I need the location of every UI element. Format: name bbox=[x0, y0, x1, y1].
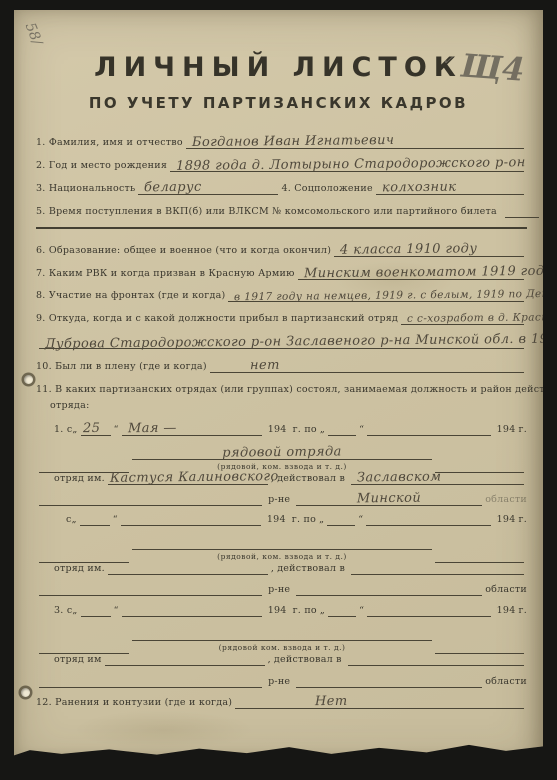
quote-close: “ bbox=[358, 514, 363, 526]
entry1-prefix: 1. с bbox=[54, 424, 72, 436]
quote-open: „ bbox=[72, 514, 77, 526]
scanned-document: 58/ ЛИЧНЫЙ ЛИСТОК ПО УЧЕТУ ПАРТИЗАНСКИХ … bbox=[0, 0, 557, 780]
quote-close: “ bbox=[114, 424, 119, 436]
field-wounds-line: Нет bbox=[235, 696, 524, 709]
oblasti-label: области bbox=[485, 494, 527, 506]
field-nationality-social: 3. Национальность беларус 4. Соцположени… bbox=[36, 182, 527, 195]
entry2-role-line bbox=[132, 537, 432, 550]
entry2-month2-line bbox=[366, 513, 490, 526]
field-birth-line: 1898 года д. Лотырыно Стародорожского р-… bbox=[170, 159, 524, 172]
quote-open: „ bbox=[72, 605, 77, 617]
g-po: г. по bbox=[292, 514, 316, 526]
field-social-value: колхозник bbox=[382, 182, 457, 195]
field-education-value: 4 класса 1910 году bbox=[340, 243, 477, 256]
year-stub: 194 bbox=[497, 514, 516, 526]
stain bbox=[74, 710, 254, 750]
entry1-date-row: 1. с „ 25 “ Мая — 194 г. по „ “ 194 г. bbox=[54, 423, 527, 436]
quote-close: “ bbox=[359, 605, 364, 617]
field-fronts: 8. Участие на фронтах (где и когда) в 19… bbox=[36, 289, 527, 302]
field-surname-value: Богданов Иван Игнатьевич bbox=[192, 135, 394, 149]
field-surname: 1. Фамилия, имя и отчество Богданов Иван… bbox=[36, 136, 527, 149]
field-birth-value: 1898 года д. Лотырыно Стародорожского р-… bbox=[176, 157, 526, 173]
field-rvk-line: Минским военкоматом 1919 году bbox=[298, 267, 524, 280]
quote-close: “ bbox=[113, 514, 118, 526]
entry1-district-value: Минской bbox=[357, 493, 421, 506]
entry2-role-center: (рядовой, ком. взвода и т. д.) bbox=[132, 537, 432, 563]
field-detachments-heading: 11. В каких партизанских отрядах (или гр… bbox=[36, 384, 527, 396]
entry1-role-row: рядовой отряда (рядовой, ком. взвода и т… bbox=[36, 447, 527, 473]
entry2-month-line bbox=[121, 513, 261, 526]
entry1-day: 25 bbox=[83, 423, 100, 435]
entry1-region-value: Заславском bbox=[357, 472, 441, 485]
entry2-day-line bbox=[80, 513, 110, 526]
comma: , bbox=[268, 654, 271, 666]
entry3-role-row: (рядовой ком. взвода и т. д.) bbox=[36, 628, 527, 654]
oblasti-label: области bbox=[485, 584, 527, 596]
quote-close: “ bbox=[114, 605, 119, 617]
field-captivity: 10. Был ли в плену (где и когда) нет bbox=[36, 360, 527, 373]
field-nationality-label: 3. Национальность bbox=[36, 183, 135, 195]
entry2-role-row: (рядовой, ком. взвода и т. д.) bbox=[36, 537, 527, 563]
entry1-month: Мая — bbox=[128, 423, 177, 436]
field-party: 5. Время поступления в ВКП(б) или ВЛКСМ … bbox=[36, 205, 527, 218]
g: г. bbox=[519, 424, 528, 436]
deystvoval-label: действовал в bbox=[277, 473, 345, 485]
field-detachments-label1: 11. В каких партизанских отрядах (или гр… bbox=[36, 384, 557, 396]
entry1-region-line: Заславском bbox=[351, 472, 524, 485]
corner-pencil-mark: 58/ bbox=[22, 21, 45, 48]
field-party-label: 5. Время поступления в ВКП(б) или ВЛКСМ … bbox=[36, 206, 497, 218]
otryad-im-label: отряд им bbox=[54, 654, 102, 666]
g: г. bbox=[519, 605, 528, 617]
field-arrival: 9. Откуда, когда и с какой должности при… bbox=[36, 312, 527, 325]
field-captivity-value: нет bbox=[250, 360, 280, 372]
quote-open: „ bbox=[319, 514, 324, 526]
year-stub: 194 bbox=[497, 424, 516, 436]
entry2-district-left-line bbox=[39, 583, 262, 596]
g: г. bbox=[519, 514, 528, 526]
field-captivity-label: 10. Был ли в плену (где и когда) bbox=[36, 361, 207, 373]
entry3-role-center: (рядовой ком. взвода и т. д.) bbox=[132, 628, 432, 654]
field-social-label: 4. Соцположение bbox=[281, 183, 372, 195]
field-birth: 2. Год и место рождения 1898 года д. Лот… bbox=[36, 159, 527, 172]
entry1-district-line: Минской bbox=[296, 493, 482, 506]
entry2-unit-line bbox=[108, 562, 268, 575]
rne-label: р-не bbox=[268, 494, 290, 506]
field-arrival-cont: Дуброва Стародорожского р-он Заславеного… bbox=[36, 336, 527, 349]
field-surname-label: 1. Фамилия, имя и отчество bbox=[36, 137, 183, 149]
otryad-im-label: отряд им. bbox=[54, 563, 105, 575]
year-stub: 194 bbox=[268, 424, 287, 436]
entry2-district-row: р-не области bbox=[36, 583, 527, 596]
entry1-unit-row: отряд им. Кастуся Калиновского , действо… bbox=[54, 472, 527, 485]
field-education: 6. Образование: общее и военное (что и к… bbox=[36, 244, 527, 257]
entry3-unit-line bbox=[105, 653, 265, 666]
entry1-day2-line bbox=[328, 423, 356, 436]
entry1-district-row: р-не Минской области bbox=[36, 493, 527, 506]
entry2-region-line bbox=[351, 562, 524, 575]
rne-label: р-не bbox=[268, 584, 290, 596]
field-arrival-value2: Дуброва Стародорожского р-он Заславеного… bbox=[45, 333, 557, 351]
field-education-line: 4 класса 1910 году bbox=[334, 244, 524, 257]
entry1-role-value: рядовой отряда bbox=[222, 446, 342, 459]
entry1-role-line: рядовой отряда bbox=[132, 447, 432, 460]
entry2-unit-row: отряд им. , действовал в bbox=[54, 562, 527, 575]
field-surname-line: Богданов Иван Игнатьевич bbox=[186, 136, 524, 149]
field-social-line: колхозник bbox=[376, 182, 524, 195]
oblasti-label: области bbox=[485, 676, 527, 688]
entry1-role-center: рядовой отряда (рядовой, ком. взвода и т… bbox=[132, 447, 432, 473]
field-wounds-label: 12. Ранения и контузии (где и когда) bbox=[36, 697, 232, 709]
entry3-month-line bbox=[122, 604, 262, 617]
entry3-day2-line bbox=[328, 604, 356, 617]
quote-open: „ bbox=[320, 605, 325, 617]
entry1-unit-value: Кастуся Калиновского bbox=[110, 471, 279, 485]
entry1-month2-line bbox=[367, 423, 490, 436]
entry3-unit-row: отряд им , действовал в bbox=[54, 653, 527, 666]
quote-open: „ bbox=[72, 424, 77, 436]
field-fronts-label: 8. Участие на фронтах (где и когда) bbox=[36, 290, 225, 302]
quote-close: “ bbox=[359, 424, 364, 436]
field-wounds: 12. Ранения и контузии (где и когда) Нет bbox=[36, 696, 527, 709]
field-arrival-value1: с с-хозработ в д. Красная- bbox=[407, 311, 557, 325]
field-captivity-line: нет bbox=[210, 360, 524, 373]
field-birth-label: 2. Год и место рождения bbox=[36, 160, 167, 172]
g-po: г. по bbox=[293, 605, 317, 617]
year-stub: 194 bbox=[268, 605, 287, 617]
entry3-month2-line bbox=[367, 604, 490, 617]
field-fronts-value: в 1917 году на немцев, 1919 г. с белым, … bbox=[234, 287, 557, 303]
entry3-day-line bbox=[81, 604, 111, 617]
entry3-prefix: 3. с bbox=[54, 605, 72, 617]
entry3-district-line bbox=[296, 675, 482, 688]
entry1-month-line: Мая — bbox=[122, 423, 262, 436]
entry1-unit-line: Кастуся Калиновского bbox=[108, 472, 268, 485]
title-pencil-annotation: ✓ Щ4 bbox=[441, 45, 526, 89]
field-arrival-label: 9. Откуда, когда и с какой должности при… bbox=[36, 313, 398, 325]
entry3-district-left-line bbox=[39, 675, 262, 688]
section-divider bbox=[36, 227, 527, 229]
field-rvk-label: 7. Каким РВК и когда призван в Красную А… bbox=[36, 268, 295, 280]
field-rvk: 7. Каким РВК и когда призван в Красную А… bbox=[36, 267, 527, 280]
comma: , bbox=[271, 563, 274, 575]
entry3-role-line bbox=[132, 628, 432, 641]
entry2-district-line bbox=[296, 583, 482, 596]
quote-open: „ bbox=[320, 424, 325, 436]
entry2-day2-line bbox=[327, 513, 355, 526]
field-nationality-value: беларус bbox=[144, 182, 202, 195]
pencil-check-icon: ✓ bbox=[442, 53, 454, 69]
entry3-region-line bbox=[348, 653, 524, 666]
field-arrival-line1: с с-хозработ в д. Красная- bbox=[401, 312, 524, 325]
field-wounds-value: Нет bbox=[315, 696, 348, 708]
paper-sheet: 58/ ЛИЧНЫЙ ЛИСТОК ПО УЧЕТУ ПАРТИЗАНСКИХ … bbox=[14, 10, 543, 766]
entry3-date-row: 3. с „ “ 194 г. по „ “ 194 г. bbox=[54, 604, 527, 617]
rne-label: р-не bbox=[268, 676, 290, 688]
year-stub: 194 bbox=[267, 514, 286, 526]
deystvoval-label: действовал в bbox=[277, 563, 345, 575]
year-stub: 194 bbox=[497, 605, 516, 617]
otryad-im-label: отряд им. bbox=[54, 473, 105, 485]
punch-hole bbox=[21, 688, 30, 697]
deystvoval-label: действовал в bbox=[274, 654, 342, 666]
field-nationality-line: беларус bbox=[138, 182, 278, 195]
document-subtitle: ПО УЧЕТУ ПАРТИЗАНСКИХ КАДРОВ bbox=[14, 94, 543, 112]
field-fronts-line: в 1917 году на немцев, 1919 г. с белым, … bbox=[228, 289, 524, 302]
field-detachments-heading2: отряда: bbox=[50, 400, 527, 412]
entry2-date-row: с „ “ 194 г. по „ “ 194 г. bbox=[66, 513, 527, 526]
field-rvk-value: Минским военкоматом 1919 году bbox=[304, 266, 553, 281]
entry1-day-line: 25 bbox=[81, 423, 111, 436]
entry1-district-left-line bbox=[39, 493, 262, 506]
field-detachments-label2: отряда: bbox=[50, 400, 90, 412]
g-po: г. по bbox=[293, 424, 317, 436]
field-education-label: 6. Образование: общее и военное (что и к… bbox=[36, 245, 331, 257]
field-arrival-line2: Дуброва Стародорожского р-он Заславеного… bbox=[39, 336, 524, 349]
punch-hole bbox=[24, 375, 33, 384]
pencil-number: Щ4 bbox=[460, 46, 526, 88]
entry3-district-row: р-не области bbox=[36, 675, 527, 688]
field-party-line bbox=[505, 205, 539, 218]
